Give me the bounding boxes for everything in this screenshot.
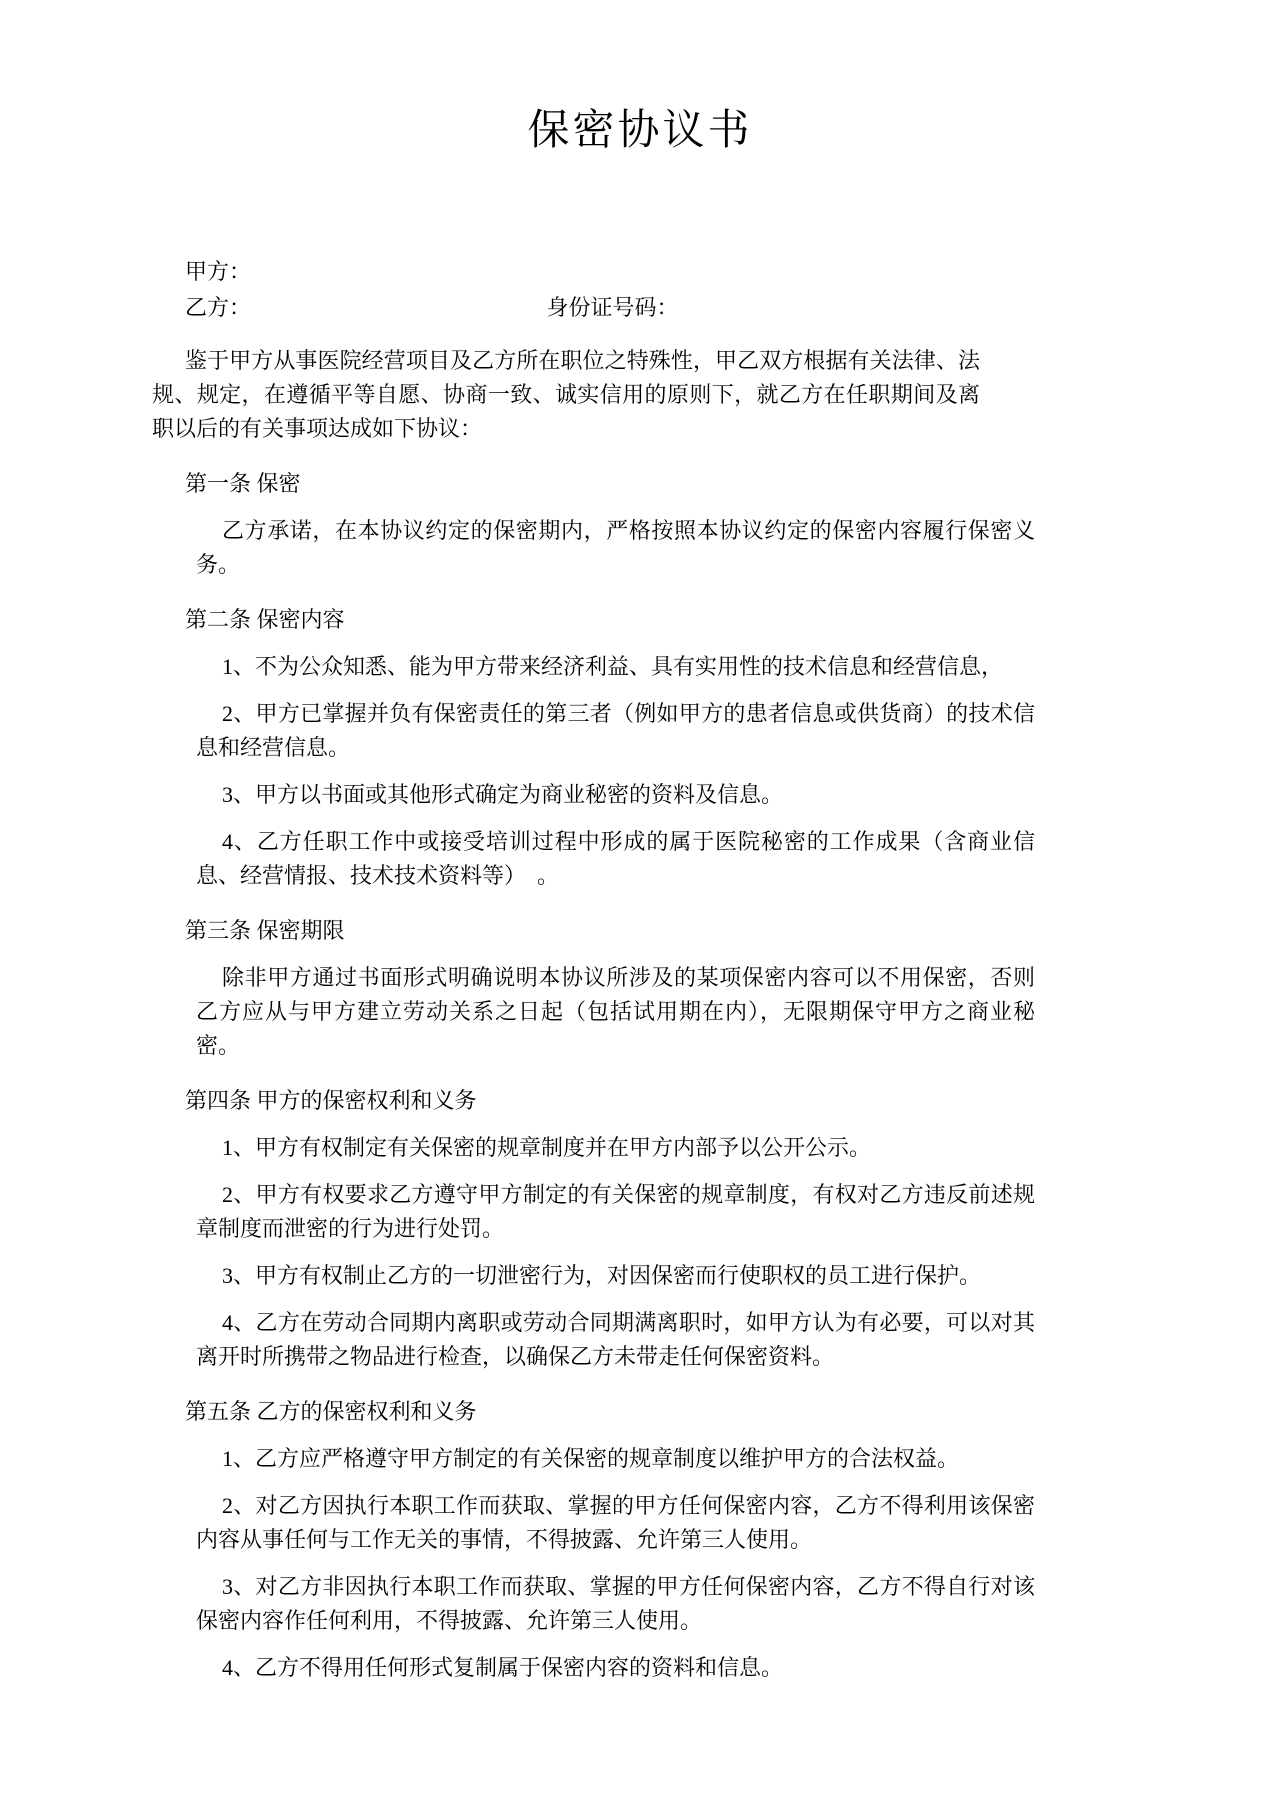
section-4-paragraph-3: 3、甲方有权制止乙方的一切泄密行为，对因保密而行使职权的员工进行保护。	[196, 1259, 1035, 1293]
intro-paragraph: 鉴于甲方从事医院经营项目及乙方所在职位之特殊性，甲乙双方根据有关法律、法规、规定…	[152, 344, 980, 446]
party-b-line: 乙方： 身份证号码：	[185, 290, 1280, 326]
section-3: 第三条 保密期限 除非甲方通过书面形式明确说明本协议所涉及的某项保密内容可以不用…	[0, 914, 1280, 1063]
party-a-label: 甲方：	[185, 259, 251, 284]
section-3-heading: 第三条 保密期限	[185, 914, 1280, 948]
section-1: 第一条 保密 乙方承诺，在本协议约定的保密期内，严格按照本协议约定的保密内容履行…	[0, 467, 1280, 582]
section-5-heading: 第五条 乙方的保密权利和义务	[185, 1395, 1280, 1429]
section-2-paragraph-1: 1、不为公众知悉、能为甲方带来经济利益、具有实用性的技术信息和经营信息，	[196, 650, 1035, 684]
section-4-heading: 第四条 甲方的保密权利和义务	[185, 1084, 1280, 1118]
party-a-line: 甲方：	[185, 254, 1280, 290]
section-4-paragraph-4: 4、乙方在劳动合同期内离职或劳动合同期满离职时，如甲方认为有必要，可以对其离开时…	[196, 1306, 1035, 1374]
section-5-paragraph-4: 4、乙方不得用任何形式复制属于保密内容的资料和信息。	[196, 1651, 1035, 1685]
section-4-paragraph-2: 2、甲方有权要求乙方遵守甲方制定的有关保密的规章制度，有权对乙方违反前述规章制度…	[196, 1178, 1035, 1246]
section-5-paragraph-2: 2、对乙方因执行本职工作而获取、掌握的甲方任何保密内容，乙方不得利用该保密内容从…	[196, 1489, 1035, 1557]
section-5: 第五条 乙方的保密权利和义务 1、乙方应严格遵守甲方制定的有关保密的规章制度以维…	[0, 1395, 1280, 1685]
section-2-paragraph-4: 4、乙方任职工作中或接受培训过程中形成的属于医院秘密的工作成果（含商业信息、经营…	[196, 825, 1035, 893]
document-title: 保密协议书	[0, 0, 1280, 160]
section-4: 第四条 甲方的保密权利和义务 1、甲方有权制定有关保密的规章制度并在甲方内部予以…	[0, 1084, 1280, 1374]
section-2-paragraph-2: 2、甲方已掌握并负有保密责任的第三者（例如甲方的患者信息或供货商）的技术信息和经…	[196, 697, 1035, 765]
section-4-paragraph-1: 1、甲方有权制定有关保密的规章制度并在甲方内部予以公开公示。	[196, 1131, 1035, 1165]
id-number-label: 身份证号码：	[547, 290, 679, 326]
section-5-paragraph-1: 1、乙方应严格遵守甲方制定的有关保密的规章制度以维护甲方的合法权益。	[196, 1442, 1035, 1476]
section-1-paragraph-1: 乙方承诺，在本协议约定的保密期内，严格按照本协议约定的保密内容履行保密义务。	[196, 514, 1035, 582]
section-5-paragraph-3: 3、对乙方非因执行本职工作而获取、掌握的甲方任何保密内容，乙方不得自行对该保密内…	[196, 1570, 1035, 1638]
document-page: 保密协议书 甲方： 乙方： 身份证号码： 鉴于甲方从事医院经营项目及乙方所在职位…	[0, 0, 1280, 1810]
section-2: 第二条 保密内容 1、不为公众知悉、能为甲方带来经济利益、具有实用性的技术信息和…	[0, 603, 1280, 893]
section-3-paragraph-1: 除非甲方通过书面形式明确说明本协议所涉及的某项保密内容可以不用保密，否则乙方应从…	[196, 961, 1035, 1063]
parties-block: 甲方： 乙方： 身份证号码：	[185, 254, 1280, 326]
section-2-paragraph-3: 3、甲方以书面或其他形式确定为商业秘密的资料及信息。	[196, 778, 1035, 812]
party-b-label: 乙方：	[185, 295, 251, 320]
section-1-heading: 第一条 保密	[185, 467, 1280, 501]
section-2-heading: 第二条 保密内容	[185, 603, 1280, 637]
